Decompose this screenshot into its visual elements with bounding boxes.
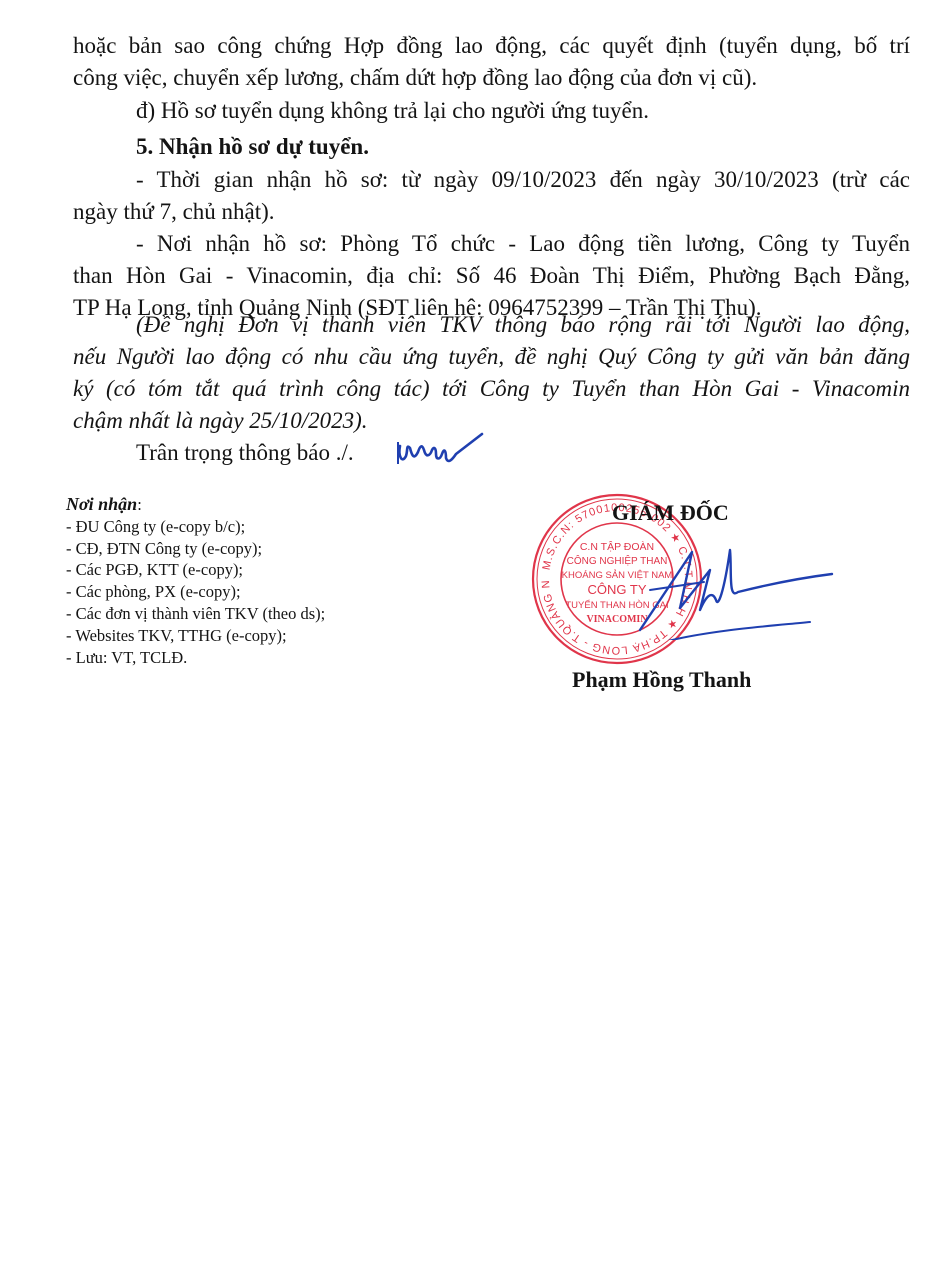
paragraph-continuation: hoặc bản sao công chứng Hợp đồng lao độn… [73,30,910,94]
initials-signature-icon [396,430,486,474]
recipient-item: - Lưu: VT, TCLĐ. [66,647,325,669]
closing-text: Trân trọng thông báo ./. [136,437,436,469]
section-5-heading-text: 5. Nhận hồ sơ dự tuyển. [136,131,916,163]
recipient-item: - Websites TKV, TTHG (e-copy); [66,625,325,647]
recipients-block: Nơi nhận: - ĐU Công ty (e-copy b/c); - C… [66,494,325,668]
position-title: GIÁM ĐỐC [612,500,729,526]
recipient-item: - Các PGĐ, KTT (e-copy); [66,559,325,581]
note-line-4: chậm nhất là ngày 25/10/2023). [73,405,910,437]
place-line-1: - Nơi nhận hồ sơ: Phòng Tổ chức - Lao độ… [73,228,910,260]
continuation-line-2: công việc, chuyển xếp lương, chấm dứt hợ… [73,62,910,94]
paragraph-note: (Đề nghị Đơn vị thành viên TKV thông báo… [73,309,910,437]
closing: Trân trọng thông báo ./. [136,437,436,469]
item-d: đ) Hồ sơ tuyển dụng không trả lại cho ng… [136,95,916,127]
recipient-item: - CĐ, ĐTN Công ty (e-copy); [66,538,325,560]
note-line-3: ký (có tóm tắt quá trình công tác) tới C… [73,373,910,405]
signer-name: Phạm Hồng Thanh [572,667,751,693]
note-line-1: (Đề nghị Đơn vị thành viên TKV thông báo… [73,309,910,341]
recipient-item: - Các phòng, PX (e-copy); [66,581,325,603]
recipient-item: - Các đơn vị thành viên TKV (theo ds); [66,603,325,625]
director-signature-icon [620,530,840,640]
recipients-title-colon: : [137,495,142,514]
note-line-2: nếu Người lao động có nhu cầu ứng tuyển,… [73,341,910,373]
recipient-item: - ĐU Công ty (e-copy b/c); [66,516,325,538]
place-line-2: than Hòn Gai - Vinacomin, địa chỉ: Số 46… [73,260,910,292]
item-d-text: đ) Hồ sơ tuyển dụng không trả lại cho ng… [136,95,916,127]
section-5-heading: 5. Nhận hồ sơ dự tuyển. [136,131,916,163]
recipients-title: Nơi nhận [66,494,137,514]
document-page: hoặc bản sao công chứng Hợp đồng lao độn… [0,0,943,1284]
continuation-line-1: hoặc bản sao công chứng Hợp đồng lao độn… [73,30,910,62]
time-line-1: - Thời gian nhận hồ sơ: từ ngày 09/10/20… [73,164,910,196]
time-line-2: ngày thứ 7, chủ nhật). [73,196,910,228]
paragraph-time: - Thời gian nhận hồ sơ: từ ngày 09/10/20… [73,164,910,228]
